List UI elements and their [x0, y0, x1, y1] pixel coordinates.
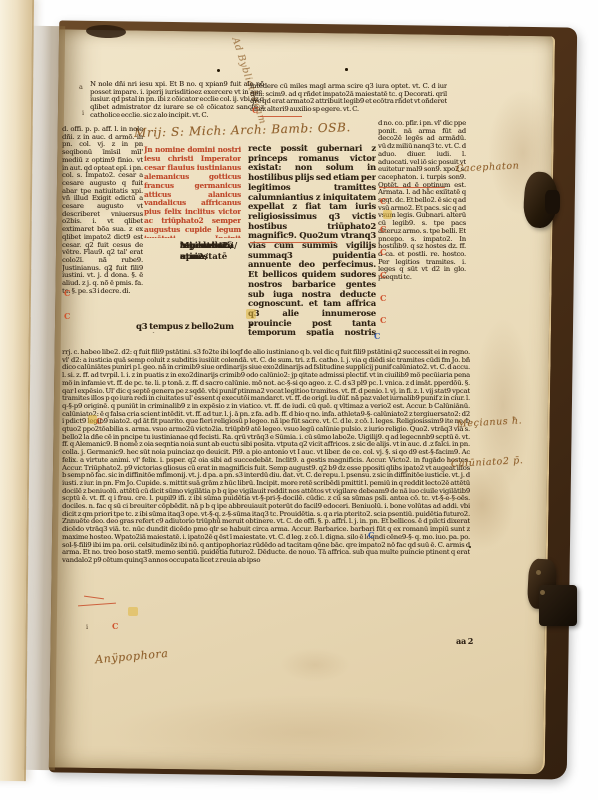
clasp-rivet [540, 590, 545, 595]
left-gloss-column-text: d. offi. p. p. aff. l. in nole dñi. z in… [62, 126, 143, 342]
rubric-pilcrow: C [64, 311, 70, 321]
yellow-initial-wash [383, 210, 392, 219]
initial-guide-letter: i [86, 623, 88, 631]
book-clasp-top-knob [545, 190, 560, 214]
initial-guide-letter: i [110, 265, 112, 273]
quire-signature-mark: aa 2 [456, 636, 473, 646]
right-gloss-top-text: intēdere cū miles magl arma scire q3 iur… [250, 83, 447, 116]
rubric-underline [260, 116, 302, 117]
rubric-pilcrow: C [380, 315, 386, 325]
rubric-underline [250, 242, 336, 243]
clasp-rivet [536, 570, 541, 575]
rubric-pilcrow: C [112, 621, 118, 631]
wormhole [217, 69, 220, 72]
rubric-pilcrow-blue: C [368, 530, 374, 540]
rubric-pilcrow: C [380, 196, 386, 206]
initial-guide-letter: a [79, 83, 83, 91]
main-text-column: recte possit gubernari z princeps romanu… [248, 144, 376, 336]
line-end-bullet: • [249, 321, 254, 330]
rubric-pilcrow: C [252, 105, 258, 115]
rubric-underline [379, 187, 445, 188]
imperatoriam-final-line: q3 tempus z bello2um pacis [136, 322, 250, 333]
book-photograph: Ad Bybliothecam Mrij: S: Mich: Arch: Bam… [0, 0, 598, 800]
rubric-pilcrow-blue: C [374, 331, 380, 341]
wormhole [345, 68, 348, 71]
rubric-pilcrow: C [380, 293, 386, 303]
initial-guide-letter: i [82, 109, 84, 117]
left-gloss-top-text: N nole dñi nri iesu xpi. Et B no. q xpia… [90, 81, 264, 121]
incipit-rubric-text: Jn nomine domini nostri iesu christi Imp… [144, 146, 241, 238]
rubric-pilcrow: C [380, 270, 386, 280]
commentary-text-block: rrj. c. habeo libe2. d2: q fuit fili9 ps… [62, 349, 470, 647]
right-gloss-column-text: d no. co. pfir. i pn. vl' dic ppe ponit.… [378, 120, 466, 350]
rubric-pilcrow: C [380, 247, 386, 257]
imperatoriam-text-block: Mperato2i/am maiestatēnon solum armis de… [180, 241, 238, 333]
rubric-pilcrow: C [380, 224, 386, 234]
yellow-initial-wash [128, 607, 138, 616]
yellow-initial-wash [246, 309, 256, 319]
yellow-initial-wash [88, 415, 97, 424]
rubric-pilcrow: C [64, 288, 70, 298]
